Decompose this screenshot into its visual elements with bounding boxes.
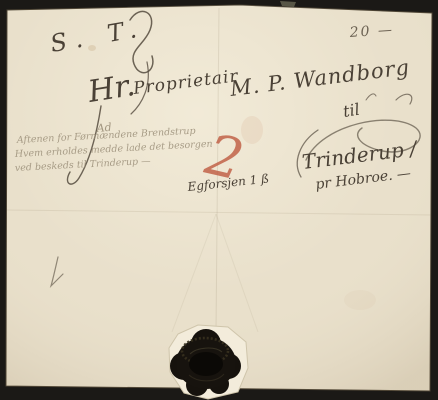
top-edge-mark bbox=[280, 1, 296, 7]
seal-center bbox=[189, 352, 223, 376]
letter-canvas: 20 — S. T. Hr. Proprietair M. P. Wandbor… bbox=[0, 0, 438, 400]
wax-seal bbox=[169, 325, 248, 399]
stain-spot bbox=[344, 290, 376, 310]
til-text: til bbox=[342, 100, 361, 121]
pencil-number: 20 — bbox=[348, 22, 394, 41]
letter-photo: 20 — S. T. Hr. Proprietair M. P. Wandbor… bbox=[0, 0, 438, 400]
honorific-text: Hr. bbox=[85, 68, 138, 110]
